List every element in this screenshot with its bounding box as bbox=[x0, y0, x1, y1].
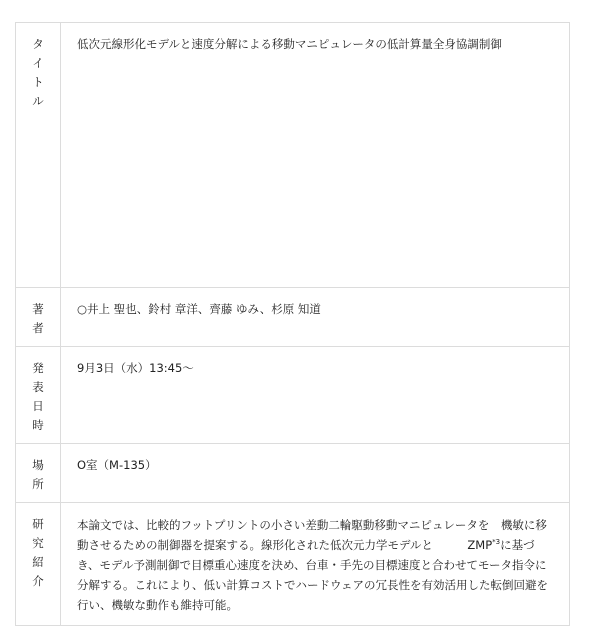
row-title: タ イ ト ル 低次元線形化モデルと速度分解による移動マニピュレータの低計算量全… bbox=[16, 23, 570, 288]
label-place: 場 所 bbox=[16, 444, 61, 503]
value-title: 低次元線形化モデルと速度分解による移動マニピュレータの低計算量全身協調制御 bbox=[61, 23, 570, 288]
row-place: 場 所 O室（M-135） bbox=[16, 444, 570, 503]
footnote-marker: *3 bbox=[492, 538, 500, 546]
value-intro: 本論文では、比較的フットプリントの小さい差動二輪駆動移動マニピュレータを 機敏に… bbox=[61, 503, 570, 626]
row-date: 発 表 日 時 9月3日（水）13:45～ bbox=[16, 347, 570, 444]
label-title: タ イ ト ル bbox=[16, 23, 61, 288]
label-date: 発 表 日 時 bbox=[16, 347, 61, 444]
value-authors: ○井上 聖也、鈴村 章洋、齊藤 ゆみ、杉原 知道 bbox=[61, 288, 570, 347]
paper-info-table: タ イ ト ル 低次元線形化モデルと速度分解による移動マニピュレータの低計算量全… bbox=[15, 22, 570, 626]
label-intro: 研 究 紹 介 bbox=[16, 503, 61, 626]
row-intro: 研 究 紹 介 本論文では、比較的フットプリントの小さい差動二輪駆動移動マニピュ… bbox=[16, 503, 570, 626]
value-place: O室（M-135） bbox=[61, 444, 570, 503]
value-date: 9月3日（水）13:45～ bbox=[61, 347, 570, 444]
row-authors: 著 者 ○井上 聖也、鈴村 章洋、齊藤 ゆみ、杉原 知道 bbox=[16, 288, 570, 347]
label-authors: 著 者 bbox=[16, 288, 61, 347]
